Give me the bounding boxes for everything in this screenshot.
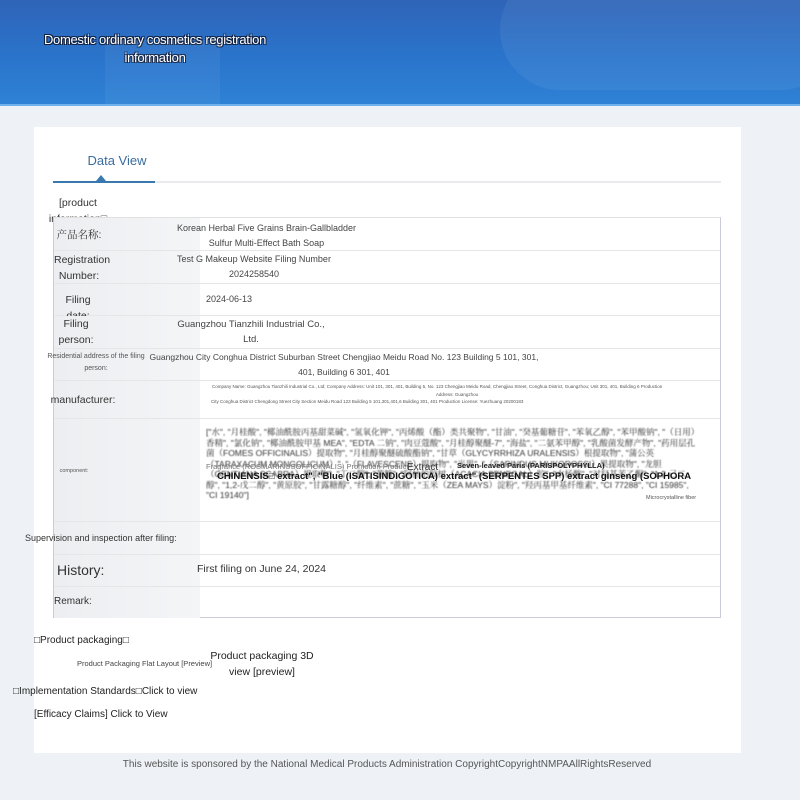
filing-person-label: Filing person: [54,316,98,348]
table-row: History: First filing on June 24, 2024 [54,555,720,587]
residential-address-label: Residential address of the filing person… [46,351,146,375]
table-row: component: ["水", "月桂酸", "椰油酰胺丙基甜菜碱", "氢氧… [54,419,720,522]
product-name-label: 产品名称: [54,227,104,243]
component-overlay-chinensis: CHINENSIS□ extract", "Blue (ISATISINDIGO… [217,471,691,482]
component-overlay-fiber: Microcrystalline fiber [646,495,696,501]
component-overlay-fragrance: Fragrance (ROSMARINUSOFFICINALIS) Promot… [206,462,409,471]
packaging-flat-layout-link[interactable]: Product Packaging Flat Layout [Preview] [77,659,212,668]
remark-label: Remark: [54,594,104,610]
efficacy-claims-link[interactable]: [Efficacy Claims] Click to View [34,709,168,720]
manufacturer-line-3: City Conghua District Chengdong Street C… [211,399,701,405]
tab-active-indicator [53,181,155,183]
page-title: Domestic ordinary cosmetics registration… [40,31,270,67]
manufacturer-label: manufacturer: [48,392,118,408]
table-row: 产品名称: Korean Herbal Five Grains Brain-Ga… [54,218,720,251]
table-row: Remark: [54,587,720,618]
manufacturer-line-1: Company Name: Guangzhou Tianzhili Indust… [212,384,702,390]
table-row: Registration Number: Test G Makeup Websi… [54,251,720,284]
manufacturer-line-2: Address: Guangzhou [212,392,702,398]
product-name-value: Korean Herbal Five Grains Brain-Gallblad… [169,221,364,251]
record-table: 产品名称: Korean Herbal Five Grains Brain-Ga… [53,217,721,618]
table-row: Residential address of the filing person… [54,349,720,381]
packaging-heading: □Product packaging□ [34,635,129,646]
table-row: Filing date: 2024-06-13 [54,284,720,316]
filing-person-value: Guangzhou Tianzhili Industrial Co., Ltd. [176,317,326,347]
table-row: Filing person: Guangzhou Tianzhili Indus… [54,316,720,349]
history-label: History: [57,562,117,578]
header-banner: Domestic ordinary cosmetics registration… [0,0,800,105]
footer-copyright: This website is sponsored by the Nationa… [0,759,774,770]
residential-address-value: Guangzhou City Conghua District Suburban… [144,350,544,380]
supervision-label: Supervision and inspection after filing: [25,530,185,546]
filing-date-value: 2024-06-13 [206,292,266,307]
table-row: Supervision and inspection after filing: [54,522,720,555]
registration-number-label: Registration Number: [54,252,104,284]
packaging-3d-view-link[interactable]: Product packaging 3D view [preview] [204,648,320,680]
registration-number-value: Test G Makeup Website Filing Number 2024… [174,252,334,282]
component-label: component: [54,463,94,479]
tab-data-view[interactable]: Data View [77,153,157,168]
implementation-standards-link[interactable]: □Implementation Standards□Click to view [13,686,197,697]
tab-caret-icon [96,175,106,181]
history-value: First filing on June 24, 2024 [197,562,397,577]
component-overlay-paris: Seven-leaved Paris (PARISPOLYPHYLLA) [457,461,605,470]
table-row: manufacturer: Company Name: Guangzhou Ti… [54,381,720,419]
banner-divider [0,104,800,106]
